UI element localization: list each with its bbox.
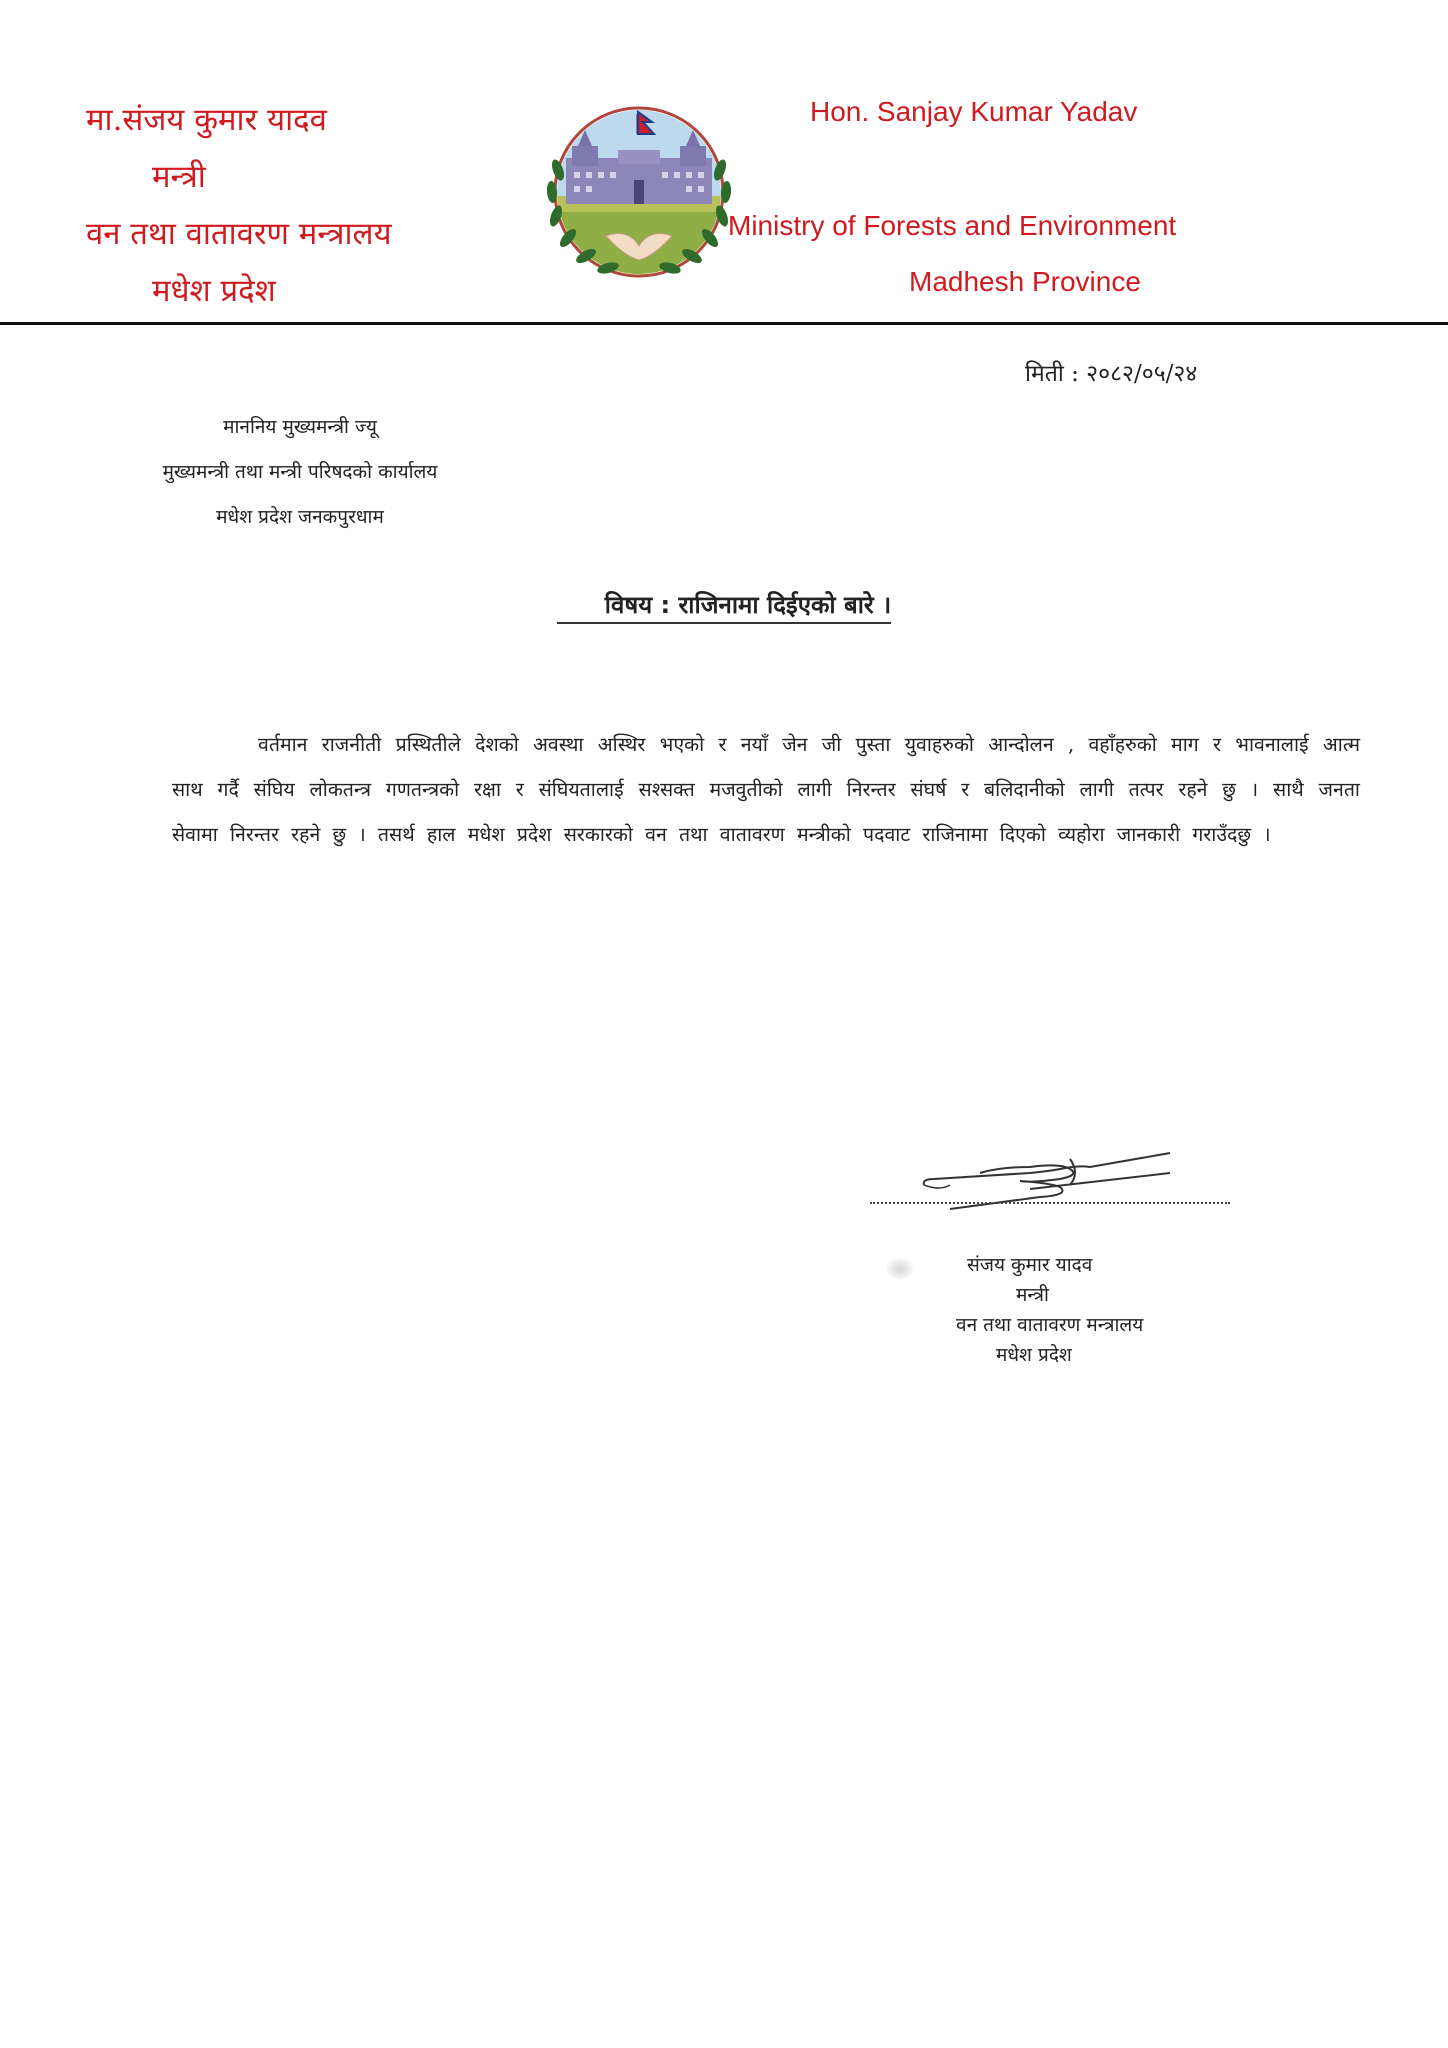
minister-title-nepali: मन्त्री [80,149,480,206]
ministry-name-nepali: वन तथा वातावरण मन्त्रालय [80,206,480,263]
recipient-line-2: मुख्यमन्त्री तथा मन्त्री परिषदको कार्याल… [120,450,480,495]
signer-title: मन्त्री [870,1280,1230,1310]
letterhead-nepali: मा.संजय कुमार यादव मन्त्री वन तथा वातावर… [80,92,480,320]
ministry-name-english: Ministry of Forests and Environment [728,210,1176,242]
subject-text: विषय : राजिनामा दिईएको बारे । [557,591,891,624]
signature-block: संजय कुमार यादव मन्त्री वन तथा वातावरण म… [870,1140,1230,1380]
recipient-address: माननिय मुख्यमन्त्री ज्यू मुख्यमन्त्री तथ… [120,405,480,540]
date-label: मिती : [1025,361,1079,387]
recipient-line-3: मधेश प्रदेश जनकपुरधाम [120,495,480,540]
province-emblem-logo [536,100,742,290]
signer-details: संजय कुमार यादव मन्त्री वन तथा वातावरण म… [870,1250,1230,1370]
signature-icon [920,1145,1180,1215]
minister-name-english: Hon. Sanjay Kumar Yadav [810,96,1137,128]
signer-ministry: वन तथा वातावरण मन्त्रालय [870,1310,1230,1340]
date-value: २०८२/०५/२४ [1086,361,1197,387]
recipient-line-1: माननिय मुख्यमन्त्री ज्यू [120,405,480,450]
header-divider [0,322,1448,325]
emblem-icon [536,100,742,290]
signer-name: संजय कुमार यादव [870,1250,1230,1280]
letter-body: वर्तमान राजनीती प्रस्थितीले देशको अवस्था… [172,722,1360,857]
province-name-english: Madhesh Province [909,266,1141,298]
province-name-nepali: मधेश प्रदेश [80,263,480,320]
signer-province: मधेश प्रदेश [870,1340,1230,1370]
letter-date: मिती : २०८२/०५/२४ [1025,356,1197,388]
signature-line [870,1202,1230,1204]
letter-subject: विषय : राजिनामा दिईएको बारे । [0,588,1448,621]
minister-name-nepali: मा.संजय कुमार यादव [80,92,480,149]
